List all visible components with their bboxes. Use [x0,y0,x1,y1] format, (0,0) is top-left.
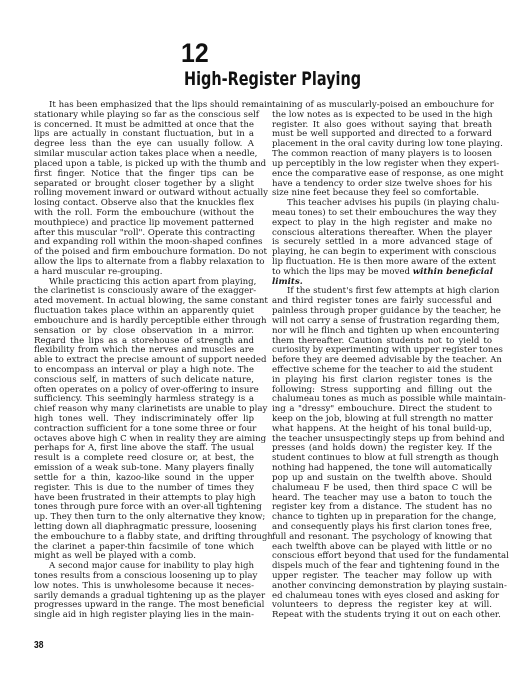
text-line-start: to which the lips may be moved [272,267,410,277]
emphasis-text-end: limits. [272,277,303,287]
right-column: taining of as muscularly-poised an embou… [272,101,492,621]
text-line: Repeat with the students trying it out o… [272,611,492,621]
page-number: 38 [34,640,43,651]
text-line: single aid in high register playing lies… [34,611,254,621]
text-line: to which the lips may be moved within be… [272,268,492,278]
emphasis-text: within beneficial [413,267,493,277]
chapter-number: 12 [181,38,209,69]
chapter-title: High-Register Playing [184,68,361,90]
left-column: It has been emphasized that the lips sho… [34,101,254,621]
